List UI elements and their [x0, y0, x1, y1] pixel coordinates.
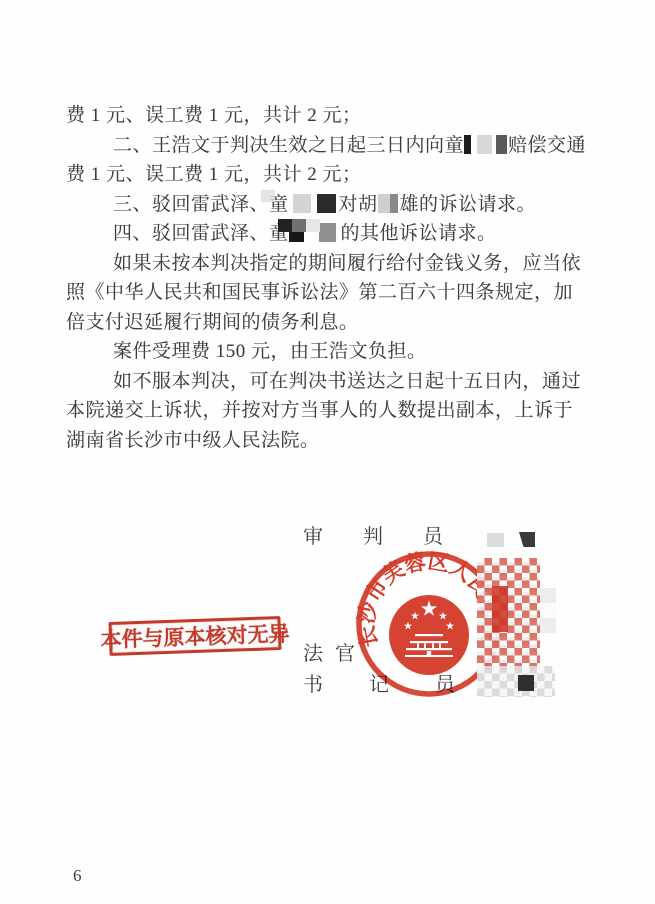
doc-line: 本院递交上诉状，并按对方当事人的人数提出副本，上诉于	[66, 396, 571, 426]
redaction-mosaic	[464, 135, 508, 154]
redaction-mosaic-seal-side	[540, 588, 556, 634]
doc-line: 如果未按本判决指定的期间履行给付金钱义务，应当依	[66, 249, 571, 279]
doc-text: 费 1 元、误工费 1 元，共计 2 元；	[66, 105, 362, 126]
doc-line: 三、驳回雷武泽、童对胡雄的诉讼请求。	[66, 190, 571, 220]
doc-text: 本院递交上诉状，并按对方当事人的人数提出副本，上诉于	[66, 400, 573, 421]
redaction-mosaic-clerk-name	[518, 675, 534, 691]
doc-text: 费 1 元、误工费 1 元，共计 2 元；	[66, 164, 362, 185]
doc-line: 费 1 元、误工费 1 元，共计 2 元；	[66, 101, 571, 131]
doc-text: 照《中华人民共和国民事诉讼法》第二百六十四条规定，加	[66, 282, 573, 303]
doc-line: 费 1 元、误工费 1 元，共计 2 元；	[66, 160, 571, 190]
doc-text: 二、王浩文于判决生效之日起三日内向童	[113, 135, 464, 156]
redaction-mosaic	[289, 194, 339, 213]
scan-artifact	[261, 190, 275, 202]
national-emblem-icon	[389, 595, 469, 675]
redaction-mosaic-clerk-name	[477, 666, 555, 697]
doc-text: 四、驳回雷武泽、童	[113, 223, 289, 244]
page-number: 6	[73, 866, 82, 886]
doc-line: 倍支付迟延履行期间的债务利息。	[66, 308, 571, 338]
doc-text: 湖南省长沙市中级人民法院。	[66, 430, 320, 451]
redaction-mosaic-seal-side	[492, 586, 508, 632]
doc-text: 倍支付迟延履行期间的债务利息。	[66, 312, 359, 333]
judgment-document-page: 费 1 元、误工费 1 元，共计 2 元；二、王浩文于判决生效之日起三日内向童赔…	[0, 0, 655, 904]
doc-line: 湖南省长沙市中级人民法院。	[66, 426, 571, 456]
judge-label: 审判员	[303, 526, 483, 548]
doc-text: 案件受理费 150 元，由王浩文负担。	[113, 341, 427, 362]
redaction-mosaic-judge-name	[519, 532, 535, 547]
redaction-mosaic-seal-side	[477, 558, 540, 670]
verification-stamp-text: 本件与原本核对无异	[100, 618, 290, 655]
judge-row: 审判员	[303, 520, 483, 549]
doc-text: 如不服本判决，可在判决书送达之日起十五日内，通过	[113, 371, 581, 392]
doc-line: 照《中华人民共和国民事诉讼法》第二百六十四条规定，加	[66, 278, 571, 308]
doc-line: 如不服本判决，可在判决书送达之日起十五日内，通过	[66, 367, 571, 397]
doc-line: 二、王浩文于判决生效之日起三日内向童赔偿交通	[66, 131, 571, 161]
verification-stamp: 本件与原本核对无异	[108, 616, 281, 656]
document-body: 费 1 元、误工费 1 元，共计 2 元；二、王浩文于判决生效之日起三日内向童赔…	[66, 101, 571, 455]
redaction-mosaic-judge-name	[487, 533, 504, 547]
doc-line: 案件受理费 150 元，由王浩文负担。	[66, 337, 571, 367]
doc-text: 雄的诉讼请求。	[400, 194, 537, 215]
doc-text: 赔偿交通	[508, 135, 586, 156]
redaction-mosaic	[378, 194, 400, 213]
doc-text: 如果未按本判决指定的期间履行给付金钱义务，应当依	[113, 253, 581, 274]
doc-text: 对胡	[339, 194, 378, 215]
redaction-mosaic-line4	[278, 219, 320, 232]
doc-text: 的其他诉讼请求。	[341, 223, 497, 244]
